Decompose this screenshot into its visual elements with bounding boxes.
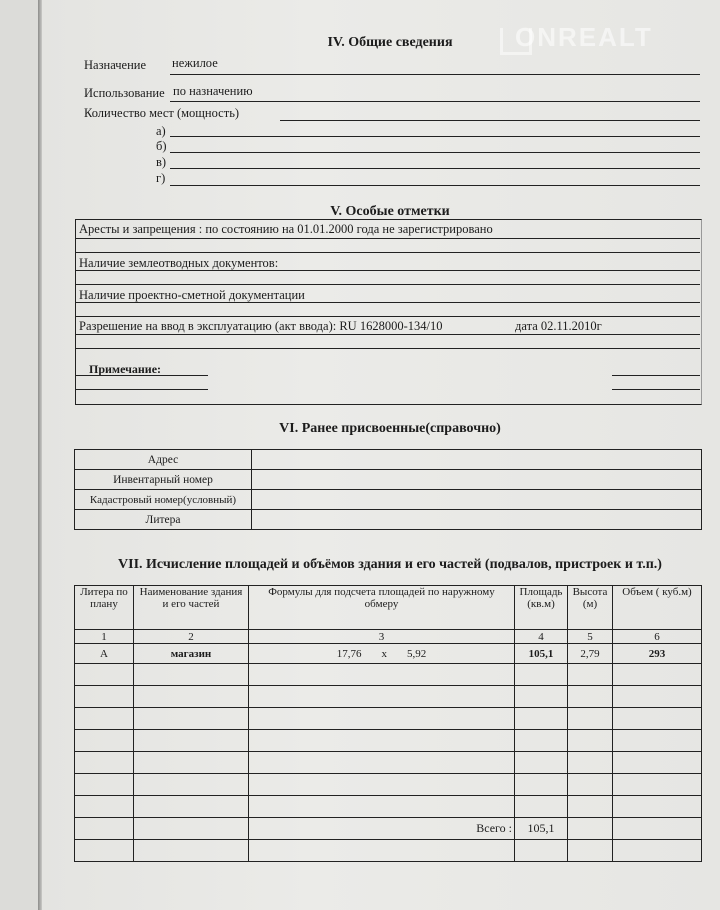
header-row: Литера по плану Наименование здания и ег… bbox=[75, 586, 702, 630]
capacity-label: Количество мест (мощность) bbox=[84, 106, 239, 121]
total-label: Всего : bbox=[249, 818, 515, 840]
capacity-line bbox=[280, 120, 700, 121]
section4-title: IV. Общие сведения bbox=[200, 35, 580, 51]
table-row bbox=[75, 708, 702, 730]
table-row bbox=[75, 730, 702, 752]
usage-line bbox=[170, 101, 700, 102]
col-number: 4 bbox=[515, 630, 568, 644]
cell-formula: 17,76 x 5,92 bbox=[249, 644, 515, 664]
purpose-value: нежилое bbox=[172, 56, 218, 71]
table-row bbox=[75, 840, 702, 862]
capacity-item-g: г) bbox=[156, 171, 165, 186]
rule bbox=[76, 375, 208, 376]
col-header-volume: Объем ( куб.м) bbox=[613, 586, 702, 630]
background-surface bbox=[0, 0, 38, 910]
col-header-area: Площадь (кв.м) bbox=[515, 586, 568, 630]
cell-area: 105,1 bbox=[515, 644, 568, 664]
table-row: Адрес bbox=[75, 450, 702, 470]
capacity-line-g bbox=[170, 185, 700, 186]
rule bbox=[76, 270, 700, 271]
formula-b: 5,92 bbox=[407, 648, 426, 660]
usage-label: Использование bbox=[84, 86, 165, 101]
row-value bbox=[252, 470, 702, 490]
col-number: 3 bbox=[249, 630, 515, 644]
row-label: Инвентарный номер bbox=[75, 470, 252, 490]
capacity-line-b bbox=[170, 152, 700, 153]
previous-ids-table: Адрес Инвентарный номер Кадастровый номе… bbox=[74, 449, 702, 530]
col-number: 5 bbox=[568, 630, 613, 644]
rule bbox=[76, 348, 700, 349]
capacity-line-v bbox=[170, 168, 700, 169]
table-row bbox=[75, 664, 702, 686]
capacity-item-a: а) bbox=[156, 124, 166, 139]
row-label: Адрес bbox=[75, 450, 252, 470]
rule bbox=[612, 375, 700, 376]
total-area: 105,1 bbox=[515, 818, 568, 840]
capacity-item-v: в) bbox=[156, 155, 166, 170]
capacity-item-b: б) bbox=[156, 139, 167, 154]
column-number-row: 1 2 3 4 5 6 bbox=[75, 630, 702, 644]
section7-title: VII. Исчисление площадей и объёмов здани… bbox=[80, 557, 700, 573]
land-docs-text: Наличие землеотводных документов: bbox=[79, 256, 278, 271]
permit-date: дата 02.11.2010г bbox=[515, 319, 602, 334]
col-header-height: Высота (м) bbox=[568, 586, 613, 630]
col-number: 6 bbox=[613, 630, 702, 644]
col-header-litera: Литера по плану bbox=[75, 586, 134, 630]
table-row: Литера bbox=[75, 510, 702, 530]
design-docs-text: Наличие проектно-сметной документации bbox=[79, 288, 305, 303]
row-value bbox=[252, 450, 702, 470]
cell-volume: 293 bbox=[613, 644, 702, 664]
formula-a: 17,76 bbox=[337, 648, 362, 660]
table-row: Кадастровый номер(условный) bbox=[75, 490, 702, 510]
table-row bbox=[75, 752, 702, 774]
rule bbox=[612, 389, 700, 390]
rule bbox=[76, 389, 208, 390]
col-header-formula: Формулы для подсчета площадей по наружно… bbox=[249, 586, 515, 630]
area-calc-table: Литера по плану Наименование здания и ег… bbox=[74, 585, 702, 862]
table-row bbox=[75, 686, 702, 708]
col-number: 2 bbox=[134, 630, 249, 644]
special-notes-box bbox=[75, 219, 702, 405]
rule bbox=[76, 334, 700, 335]
total-row: Всего : 105,1 bbox=[75, 818, 702, 840]
table-row: А магазин 17,76 x 5,92 105,1 2,79 293 bbox=[75, 644, 702, 664]
rule bbox=[76, 302, 700, 303]
table-row bbox=[75, 774, 702, 796]
usage-value: по назначению bbox=[173, 84, 253, 99]
permit-text: Разрешение на ввод в эксплуатацию (акт в… bbox=[79, 319, 442, 334]
cell-name: магазин bbox=[134, 644, 249, 664]
col-number: 1 bbox=[75, 630, 134, 644]
section6-title: VI. Ранее присвоенные(справочно) bbox=[200, 421, 580, 437]
table-row: Инвентарный номер bbox=[75, 470, 702, 490]
rule bbox=[76, 284, 700, 285]
arrests-text: Аресты и запрещения : по состоянию на 01… bbox=[79, 222, 493, 237]
row-value bbox=[252, 510, 702, 530]
rule bbox=[76, 316, 700, 317]
formula-op: x bbox=[364, 648, 404, 660]
capacity-line-a bbox=[170, 136, 700, 137]
row-label: Кадастровый номер(условный) bbox=[75, 490, 252, 510]
page-fold bbox=[38, 0, 42, 910]
section5-title: V. Особые отметки bbox=[200, 204, 580, 220]
purpose-label: Назначение bbox=[84, 58, 146, 73]
rule bbox=[76, 238, 700, 239]
table-row bbox=[75, 796, 702, 818]
cell-litera: А bbox=[75, 644, 134, 664]
col-header-name: Наименование здания и его частей bbox=[134, 586, 249, 630]
rule bbox=[76, 252, 700, 253]
row-value bbox=[252, 490, 702, 510]
cell-height: 2,79 bbox=[568, 644, 613, 664]
purpose-line bbox=[170, 74, 700, 75]
row-label: Литера bbox=[75, 510, 252, 530]
